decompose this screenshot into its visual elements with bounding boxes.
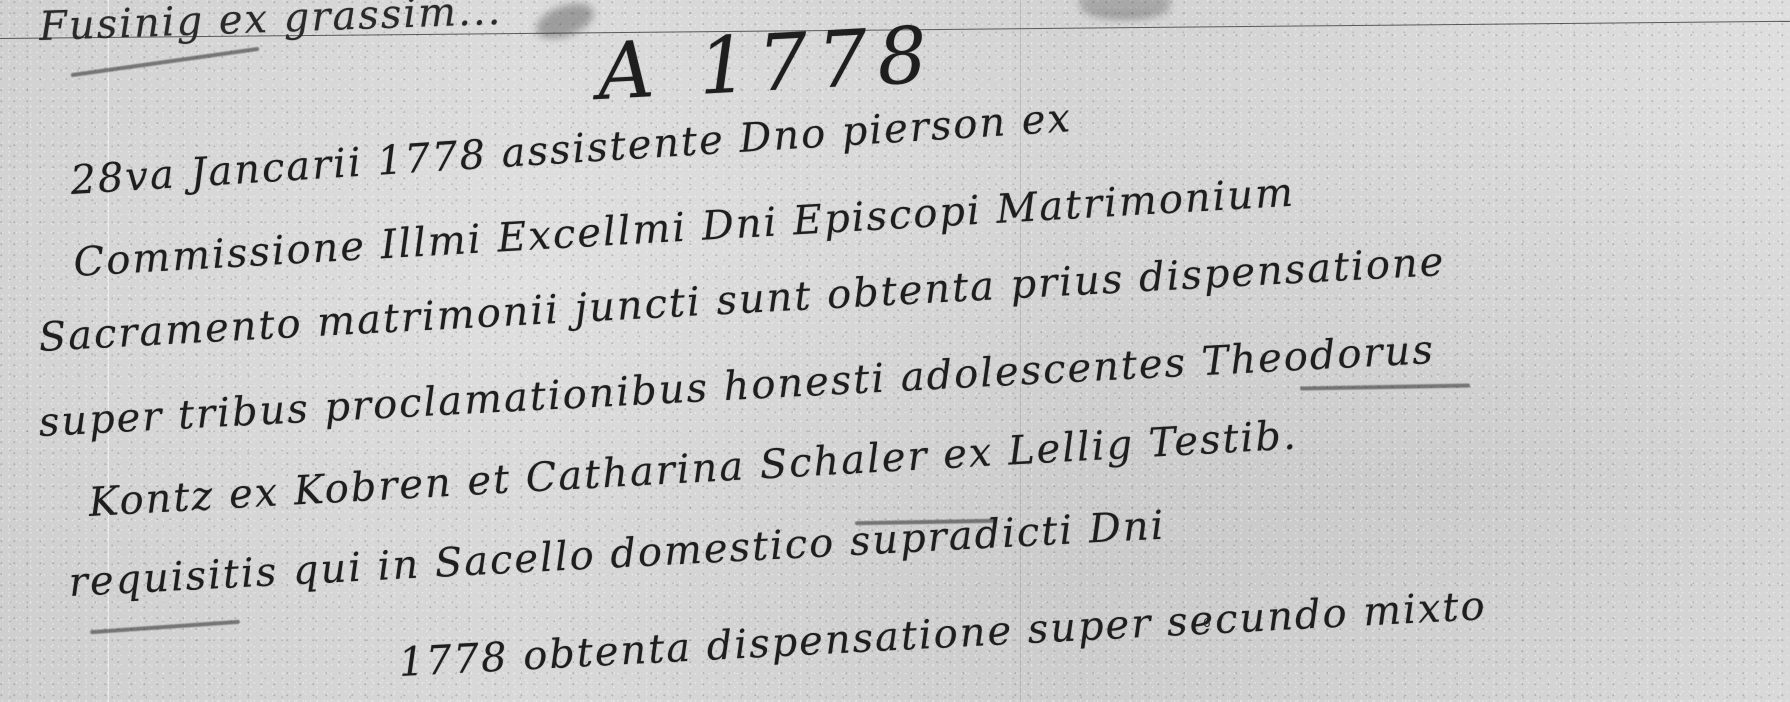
page-mark: 6	[1203, 616, 1211, 630]
ink-smudge	[532, 0, 599, 45]
entry-line-7: 1778 obtenta dispensatione super secundo…	[398, 583, 1488, 686]
ink-smudge	[1080, 0, 1170, 18]
name-underline	[71, 47, 260, 77]
year-heading: A 1778	[595, 10, 939, 118]
name-underline	[1300, 384, 1470, 391]
previous-entry-fragment: Fusinig ex grassim...	[38, 0, 502, 50]
name-underline	[90, 620, 240, 634]
register-page-scan: Fusinig ex grassim... A 1778 28va Jancar…	[0, 0, 1790, 702]
entry-line-1: 28va Jancarii 1778 assistente Dno pierso…	[69, 95, 1073, 204]
entry-line-6: requisitis qui in Sacello domestico supr…	[68, 503, 1167, 606]
